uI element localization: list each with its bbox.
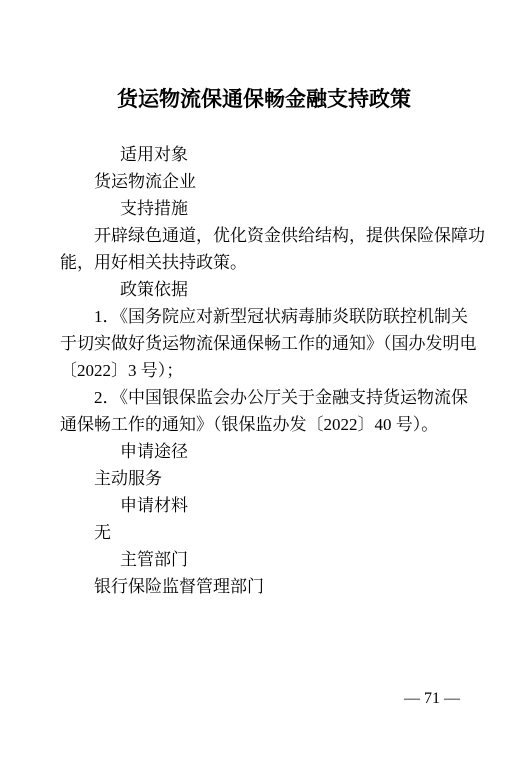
para-support-measures-line-2: 能，用好相关扶持政策。 [60, 249, 468, 276]
policy-basis-item-1-line-1: 1．《国务院应对新型冠状病毒肺炎联防联控机制关 [60, 303, 468, 330]
policy-basis-item-2-line-2: 通保畅工作的通知》（银保监办发〔2022〕40 号）。 [60, 411, 468, 438]
heading-application-materials: 申请材料 [60, 492, 468, 519]
para-support-measures-line-1: 开辟绿色通道，优化资金供给结构，提供保险保障功 [60, 222, 468, 249]
heading-applicable-objects: 适用对象 [60, 141, 468, 168]
value-applicable-objects: 货运物流企业 [60, 168, 468, 195]
value-application-channel: 主动服务 [60, 465, 468, 492]
policy-basis-item-1-line-3: 〔2022〕3 号）； [60, 357, 468, 384]
document-body: 适用对象 货运物流企业 支持措施 开辟绿色通道，优化资金供给结构，提供保险保障功… [60, 141, 468, 600]
heading-application-channel: 申请途径 [60, 438, 468, 465]
policy-basis-item-1-line-2: 于切实做好货运物流保通保畅工作的通知》（国办发明电 [60, 330, 468, 357]
value-application-materials: 无 [60, 519, 468, 546]
heading-policy-basis: 政策依据 [60, 276, 468, 303]
document-title: 货运物流保通保畅金融支持政策 [0, 86, 528, 113]
heading-support-measures: 支持措施 [60, 195, 468, 222]
page-number: — 71 — [404, 691, 460, 707]
document-page: 货运物流保通保畅金融支持政策 适用对象 货运物流企业 支持措施 开辟绿色通道，优… [0, 0, 528, 767]
heading-competent-department: 主管部门 [60, 546, 468, 573]
policy-basis-item-2-line-1: 2．《中国银保监会办公厅关于金融支持货运物流保 [60, 384, 468, 411]
value-competent-department: 银行保险监督管理部门 [60, 573, 468, 600]
